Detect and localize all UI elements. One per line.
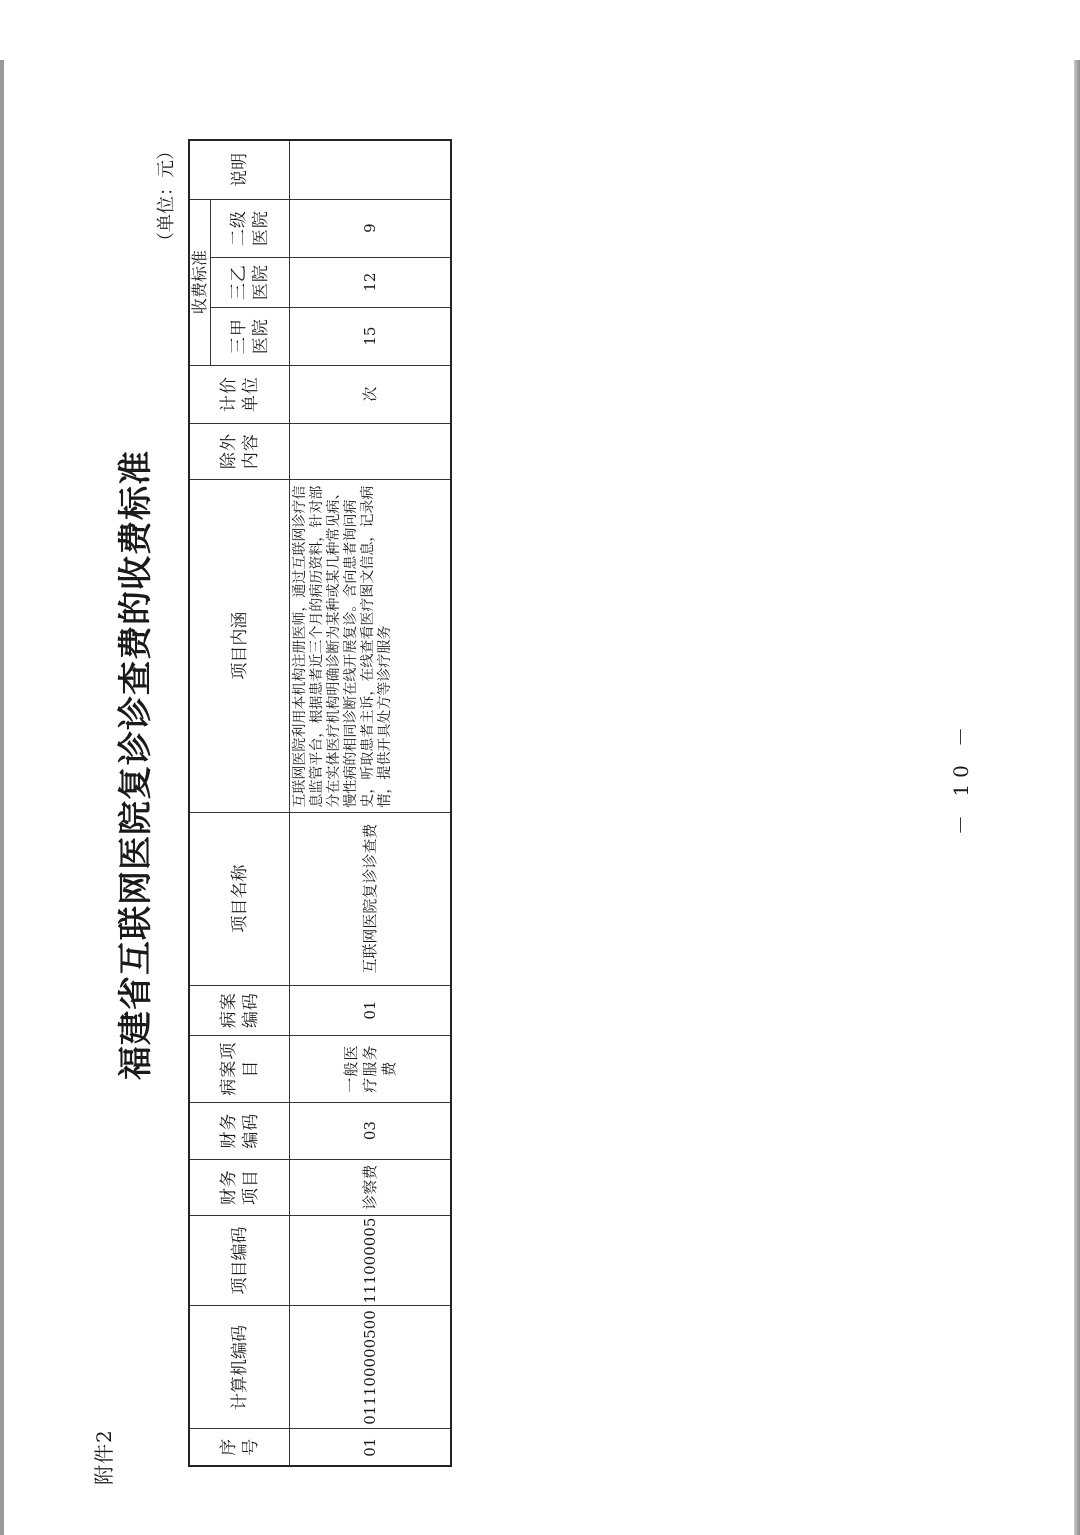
header-item-content: 项目内涵	[189, 479, 290, 812]
table-header-row: 序号 计算机编码 项目编码 财务项目 财务编码 病案项目 病案编码 项目名称 项…	[189, 140, 211, 1466]
header-exclusions: 除外内容	[189, 423, 290, 479]
cell-seq: 01	[290, 1429, 452, 1466]
cell-remarks	[290, 140, 452, 199]
header-grade3a: 三甲医院	[211, 307, 290, 365]
cell-computer-code: 011100000500	[290, 1306, 452, 1429]
header-case-code: 病案编码	[189, 985, 290, 1035]
cell-grade3a-fee: 15	[290, 307, 452, 365]
cell-case-item: 一般医疗服务费	[290, 1035, 452, 1102]
cell-item-name: 互联网医院复诊诊查费	[290, 812, 452, 985]
cell-grade2-fee: 9	[290, 199, 452, 257]
header-pricing-unit: 计价单位	[189, 365, 290, 423]
attachment-label: 附件2	[88, 1429, 117, 1485]
header-seq: 序号	[189, 1429, 290, 1466]
cell-finance-item: 诊察费	[290, 1159, 452, 1215]
header-case-item: 病案项目	[189, 1035, 290, 1102]
header-finance-code: 财务编码	[189, 1102, 290, 1159]
page-number: － 10 －	[945, 721, 974, 835]
rotated-document-page: 附件2 福建省互联网医院复诊诊查费的收费标准 （单位：元） 序号 计算机编码 项…	[0, 0, 1080, 1535]
header-grade3b: 三乙医院	[211, 257, 290, 307]
cell-grade3b-fee: 12	[290, 257, 452, 307]
table-row: 01 011100000500 111000005 诊察费 03 一般医疗服务费…	[290, 140, 452, 1466]
document-title: 福建省互联网医院复诊诊查费的收费标准	[108, 520, 157, 1080]
header-computer-code: 计算机编码	[189, 1306, 290, 1429]
cell-item-code: 111000005	[290, 1215, 452, 1306]
header-item-name: 项目名称	[189, 812, 290, 985]
header-finance-item: 财务项目	[189, 1159, 290, 1215]
header-item-code: 项目编码	[189, 1215, 290, 1306]
unit-note: （单位：元）	[152, 142, 178, 250]
cell-item-content: 互联网医院利用本机构注册医师，通过互联网诊疗信息监管平台，根据患者近三个月的病历…	[290, 479, 452, 812]
header-fee-standard-group: 收费标准	[189, 199, 211, 365]
cell-exclusions	[290, 423, 452, 479]
header-remarks: 说明	[189, 140, 290, 199]
cell-finance-code: 03	[290, 1102, 452, 1159]
cell-case-code: 01	[290, 985, 452, 1035]
header-grade2: 二级医院	[211, 199, 290, 257]
cell-pricing-unit: 次	[290, 365, 452, 423]
fee-standard-table: 序号 计算机编码 项目编码 财务项目 财务编码 病案项目 病案编码 项目名称 项…	[188, 139, 452, 1467]
